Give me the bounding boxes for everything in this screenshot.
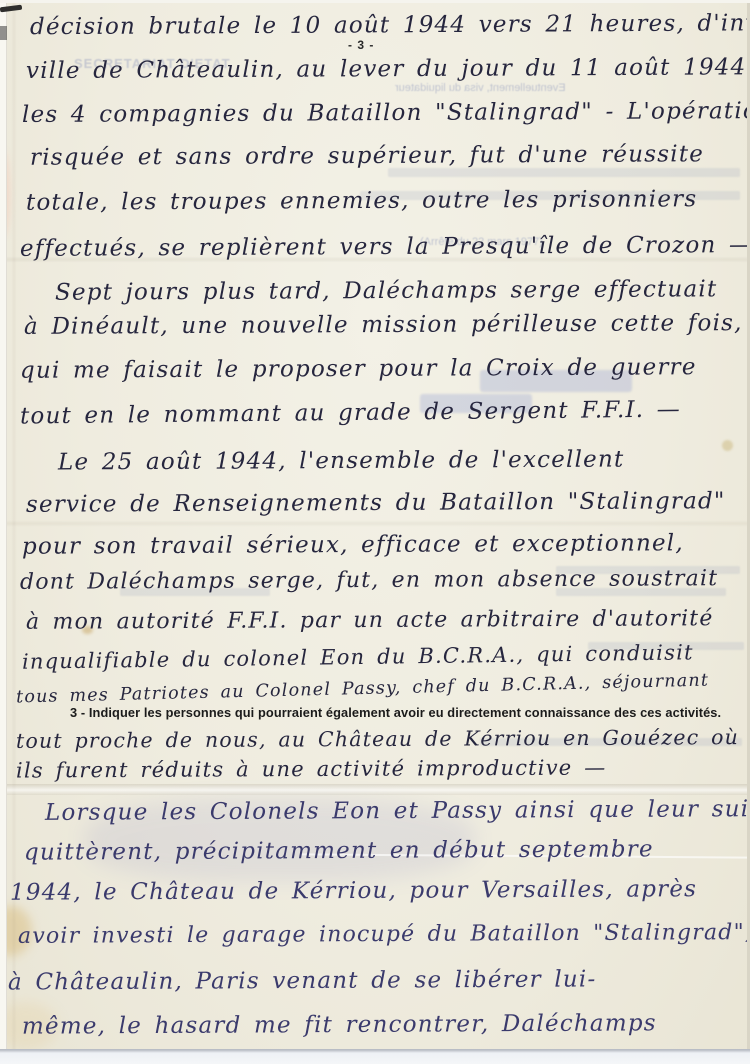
- handwritten-line: dont Daléchamps serge, fut, en mon absen…: [20, 566, 718, 595]
- handwritten-line: les 4 compagnies du Bataillon "Stalingra…: [22, 98, 750, 128]
- paper-fold: [0, 784, 750, 795]
- handwritten-line: 1944, le Château de Kérriou, pour Versai…: [10, 876, 697, 906]
- page-number: - 3 -: [348, 38, 374, 52]
- scan-edge-top: [0, 0, 750, 3]
- handwritten-line: totale, les troupes ennemies, outre les …: [26, 186, 697, 216]
- handwritten-line: décision brutale le 10 août 1944 vers 21…: [30, 10, 750, 40]
- handwritten-line: tous mes Patriotes au Colonel Passy, che…: [16, 671, 710, 708]
- ink-mark: [0, 26, 7, 40]
- paper-stain: [722, 440, 733, 451]
- handwritten-line: risquée et sans ordre supérieur, fut d'u…: [30, 141, 704, 171]
- handwritten-line: inqualifiable du colonel Eon du B.C.R.A.…: [22, 640, 694, 673]
- bleedthrough-visa-text: Eventuellement, visa du liquidateur: [395, 82, 566, 94]
- handwritten-line: qui me faisait le proposer pour la Croix…: [20, 354, 697, 384]
- handwritten-line: à Dinéault, une nouvelle mission pérille…: [24, 310, 743, 340]
- handwritten-line: avoir investi le garage inocupé du Batai…: [18, 920, 750, 949]
- handwritten-line: ils furent réduits à une activité improd…: [16, 755, 607, 782]
- handwritten-line: à mon autorité F.F.I. par un acte arbitr…: [26, 606, 714, 635]
- handwritten-line: à Châteaulin, Paris venant de se libérer…: [8, 966, 597, 995]
- handwritten-line: tout proche de nous, au Château de Kérri…: [16, 725, 739, 753]
- handwritten-line: Le 25 août 1944, l'ensemble de l'excelle…: [58, 447, 625, 476]
- handwritten-line: Lorsque les Colonels Eon et Passy ainsi …: [45, 796, 750, 826]
- handwritten-line: Sept jours plus tard, Daléchamps serge e…: [55, 276, 718, 305]
- handwritten-line: quittèrent, précipitamment en début sept…: [24, 836, 654, 865]
- scanned-letter-page: SECRETARIAT D'ETAT Eventuellement, visa …: [0, 0, 750, 1064]
- handwritten-line: même, le hasard me fit rencontrer, Daléc…: [22, 1010, 657, 1039]
- handwritten-line: service de Renseignements du Bataillon "…: [26, 488, 726, 518]
- bleedthrough-text-bar: [388, 168, 740, 177]
- scan-edge-bottom: [0, 1049, 750, 1064]
- handwritten-line: pour son travail sérieux, efficace et ex…: [22, 530, 684, 559]
- handwritten-line: tout en le nommant au grade de Sergent F…: [20, 397, 681, 430]
- ink-mark: [0, 5, 22, 13]
- paper-crease: [0, 522, 750, 525]
- scan-edge-left: [0, 0, 7, 1064]
- handwritten-line: effectués, se replièrent vers la Presqu'…: [20, 232, 750, 262]
- printed-footnote: 3 - Indiquer les personnes qui pourraien…: [70, 705, 721, 720]
- handwritten-line: ville de Châteaulin, au lever du jour du…: [26, 54, 750, 84]
